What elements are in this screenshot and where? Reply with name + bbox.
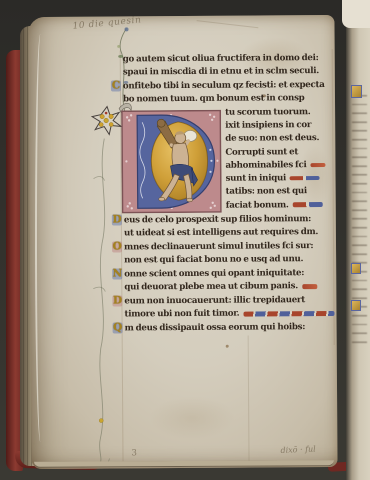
line-text: qui deuorat plebe mea ut cibum panis. [124, 281, 298, 292]
text-line: go autem sicut oliua fructifera in domo … [123, 51, 333, 66]
text-line: tu scorum tuorum. [225, 105, 333, 119]
text-line: Deus de celo prospexit sup filios hominu… [124, 212, 334, 227]
line-text: faciat bonum. [226, 200, 289, 210]
text-line: Nonne scient omnes qui opant iniquitate: [124, 266, 334, 281]
line-text: m deus dissipauit ossa eorum qui hoibs: [125, 322, 306, 333]
line-text: onfitebo tibi in seculum qz fecisti: et … [123, 80, 325, 91]
line-filler-ornament [290, 176, 320, 181]
line-text: de suo: non est deus. [225, 133, 319, 144]
line-filler-ornament [310, 163, 325, 168]
facing-page-top-corner [342, 0, 370, 28]
line-text: abhominabiles fci [225, 160, 306, 171]
line-text: ixit insipiens in cor [225, 120, 311, 131]
versal-initial: N [112, 269, 122, 280]
text-line: Omnes declinauerunt simul inutiles fci s… [124, 239, 334, 254]
text-block-top: go autem sicut oliua fructifera in domo … [123, 51, 333, 106]
text-line: bo nomen tuum. qm bonum est in consp [123, 91, 333, 106]
facing-initial-hint [351, 85, 362, 98]
text-line: Deum non inuocauerunt: illic trepidauert [124, 293, 334, 308]
text-line: abhominabiles fci [225, 158, 333, 172]
parchment-crease [197, 20, 259, 28]
line-text: ut uideat si est intelligens aut require… [124, 227, 318, 238]
line-filler-ornament [243, 311, 334, 316]
page-edge-highlight [35, 34, 47, 442]
line-text: Corrupti sunt et [225, 147, 298, 158]
manuscript-photo: 10 die quesin 3 dixō · ful [0, 0, 370, 480]
line-filler-ornament [302, 284, 317, 289]
versal-initial: C [111, 81, 121, 92]
line-text: tu scorum tuorum. [225, 107, 310, 118]
illuminated-initial-D [121, 110, 222, 214]
text-line: tatibs: non est qui [226, 185, 334, 199]
text-line: de suo: non est deus. [225, 132, 333, 146]
text-line: sunt in iniqui [226, 171, 334, 185]
text-line: Qm deus dissipauit ossa eorum qui hoibs: [125, 320, 335, 335]
versal-initial: D [112, 296, 122, 307]
facing-initial-hint [351, 263, 361, 274]
parchment-crease [248, 336, 250, 464]
line-text: onne scient omnes qui opant iniquitate: [124, 268, 304, 279]
parchment-speck [226, 345, 229, 348]
line-text: spaui in miscdia di in etnu et in sclm s… [123, 66, 319, 77]
text-line: non est qui faciat bonu no e usq ad unu. [124, 252, 334, 267]
folio-number-mark: 3 [131, 448, 136, 458]
text-block-beside-initial: tu scorum tuorum.ixit insipiens in corde… [225, 105, 334, 212]
text-block-bottom: Deus de celo prospexit sup filios hominu… [124, 212, 335, 335]
versal-initial: D [112, 215, 122, 226]
line-text: go autem sicut oliua fructifera in domo … [123, 53, 319, 64]
line-text: eum non inuocauerunt: illic trepidauert [124, 295, 305, 306]
parchment-stain [149, 396, 235, 441]
text-line: timore ubi non fuit timor. [124, 306, 334, 321]
line-text: sunt in iniqui [226, 173, 286, 183]
line-text: timore ubi non fuit timor. [124, 309, 239, 320]
line-text: non est qui faciat bonu no e usq ad unu. [124, 254, 303, 265]
text-line: Confitebo tibi in seculum qz fecisti: et… [123, 78, 333, 93]
line-text: tatibs: non est qui [226, 187, 307, 198]
versal-initial: Q [113, 323, 123, 334]
facing-initial-hint [351, 300, 361, 311]
text-line: Corrupti sunt et [225, 145, 333, 159]
bottom-right-annotation: dixō · ful [280, 444, 316, 454]
line-text: bo nomen tuum. qm bonum est in consp [123, 93, 305, 104]
line-text: eus de celo prospexit sup filios hominum… [124, 214, 311, 225]
text-line: ixit insipiens in cor [225, 118, 333, 132]
line-filler-ornament [293, 202, 323, 207]
text-line: spaui in miscdia di in etnu et in sclm s… [123, 64, 333, 79]
versal-initial: O [112, 242, 122, 253]
text-line: ut uideat si est intelligens aut require… [124, 225, 334, 240]
text-line: qui deuorat plebe mea ut cibum panis. [124, 279, 334, 294]
line-text: mnes declinauerunt simul inutiles fci su… [124, 241, 313, 252]
text-line: faciat bonum. [226, 198, 334, 212]
manuscript-page: 10 die quesin 3 dixō · ful [28, 15, 337, 469]
